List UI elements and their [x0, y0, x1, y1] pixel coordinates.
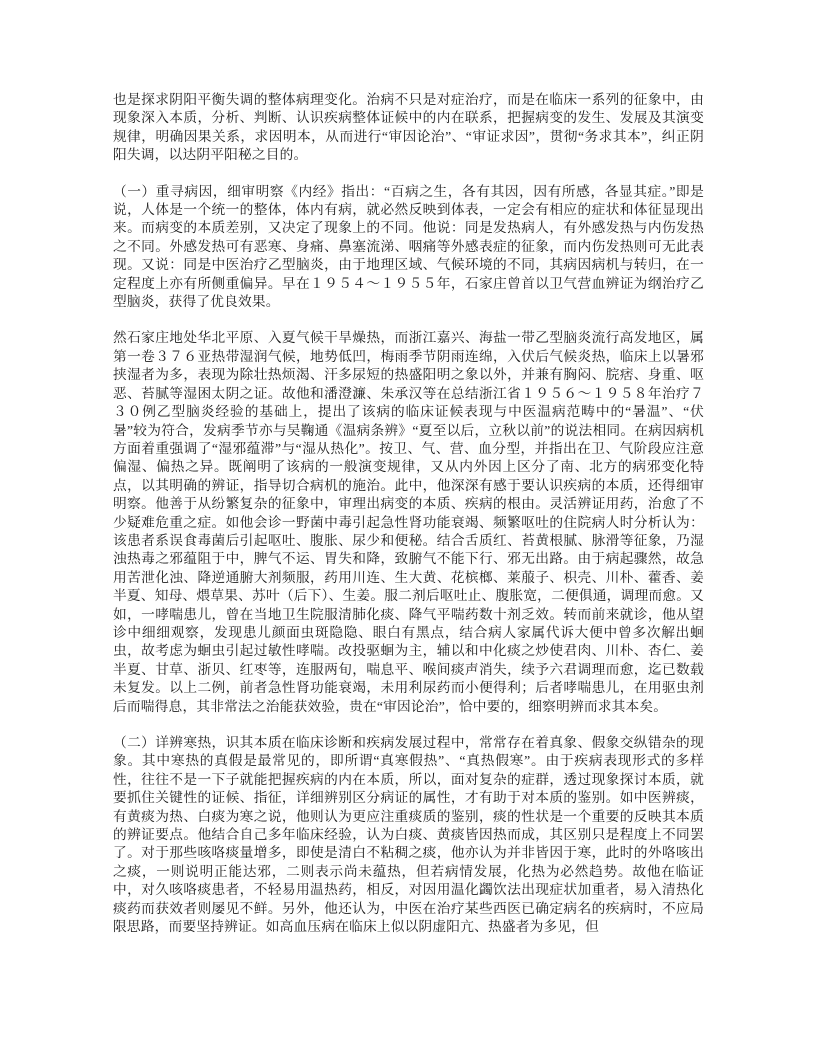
- paragraph-continuation-yinyang-balance: 也是探求阴阳平衡失调的整体病理变化。治病不只是对症治疗，而是在临床一系列的征象中…: [113, 91, 704, 165]
- paragraph-section-2-cold-heat: （二）详辨寒热，识其本质在临床诊断和疾病发展过程中，常常存在着真象、假象交纵错杂…: [113, 734, 704, 936]
- paragraph-section-1-seek-cause: （一）重寻病因，细审明察《内经》指出：“百病之生，各有其因，因有所感，各显其症。…: [113, 183, 704, 312]
- document-page: 也是探求阴阳平衡失调的整体病理变化。治病不只是对症治疗，而是在临床一系列的征象中…: [113, 91, 704, 954]
- paragraph-encephalitis-and-cases: 然石家庄地处华北平原、入夏气候干旱燥热，而浙江嘉兴、海盐一带乙型脑炎流行高发地区…: [113, 329, 704, 716]
